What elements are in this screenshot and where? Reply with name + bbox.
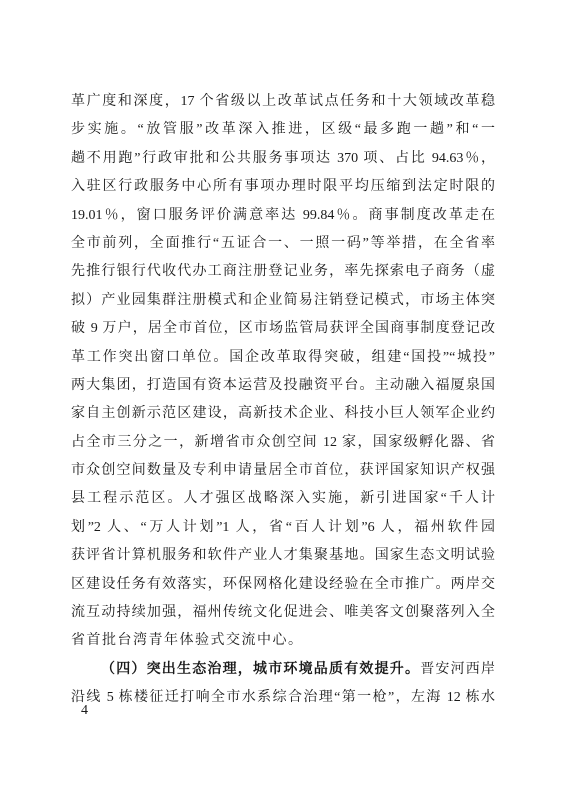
paragraph-last-line: 省首批台湾青年体验式交流中心。 (71, 627, 495, 655)
body-line: 革广度和深度，17 个省级以上改革试点任务和十大领域改革稳 (71, 88, 495, 116)
body-text: 革广度和深度，17 个省级以上改革试点任务和十大领域改革稳 步实施。“放管服”改… (71, 88, 495, 713)
body-line: 破 9 万户，居全市首位，区市场监管局获评全国商事制度登记改 (71, 315, 495, 343)
body-line: 趟不用跑”行政审批和公共服务事项达 370 项、占比 94.63％， (71, 145, 495, 173)
body-line: 革工作突出窗口单位。国企改革取得突破，组建“国投”“城投” (71, 344, 495, 372)
body-line: 拟）产业园集群注册模式和企业简易注销登记模式，市场主体突 (71, 287, 495, 315)
body-line: 步实施。“放管服”改革深入推进，区级“最多跑一趟”和“一 (71, 116, 495, 144)
body-line: 入驻区行政服务中心所有事项办理时限平均压缩到法定时限的 (71, 173, 495, 201)
section-heading-line: （四）突出生态治理，城市环境品质有效提升。晋安河西岸 (71, 656, 495, 684)
section-heading: （四）突出生态治理，城市环境品质有效提升。 (101, 662, 420, 677)
paragraph-section-4: （四）突出生态治理，城市环境品质有效提升。晋安河西岸 沿线 5 栋楼征迁打响全市… (71, 656, 495, 713)
body-line: 全市前列，全面推行“五证合一、一照一码”等举措，在全省率 (71, 230, 495, 258)
body-line: 19.01％，窗口服务评价满意率达 99.84％。商事制度改革走在 (71, 202, 495, 230)
section-heading-rest: 晋安河西岸 (420, 662, 495, 677)
paragraph-continuation: 革广度和深度，17 个省级以上改革试点任务和十大领域改革稳 步实施。“放管服”改… (71, 88, 495, 656)
page-number: 4 (81, 700, 88, 722)
body-line: 划”2 人、“万人计划”1 人，省“百人计划”6 人，福州软件园 (71, 514, 495, 542)
body-line: 流互动持续加强，福州传统文化促进会、唯美客文创聚落列入全 (71, 599, 495, 627)
body-line: 家自主创新示范区建设，高新技术企业、科技小巨人领军企业约 (71, 400, 495, 428)
body-line: 区建设任务有效落实，环保网格化建设经验在全市推广。两岸交 (71, 571, 495, 599)
body-line: 先推行银行代收代办工商注册登记业务，率先探索电子商务（虚 (71, 258, 495, 286)
body-line: 占全市三分之一，新增省市众创空间 12 家，国家级孵化器、省 (71, 429, 495, 457)
body-line: 市众创空间数量及专利申请量居全市首位，获评国家知识产权强 (71, 457, 495, 485)
body-line: 县工程示范区。人才强区战略深入实施，新引进国家“千人计 (71, 485, 495, 513)
body-line: 两大集团，打造国有资本运营及投融资平台。主动融入福厦泉国 (71, 372, 495, 400)
body-line: 沿线 5 栋楼征迁打响全市水系综合治理“第一枪”，左海 12 栋水 (71, 684, 495, 712)
document-page: 革广度和深度，17 个省级以上改革试点任务和十大领域改革稳 步实施。“放管服”改… (0, 0, 565, 800)
body-line: 获评省计算机服务和软件产业人才集聚基地。国家生态文明试验 (71, 542, 495, 570)
